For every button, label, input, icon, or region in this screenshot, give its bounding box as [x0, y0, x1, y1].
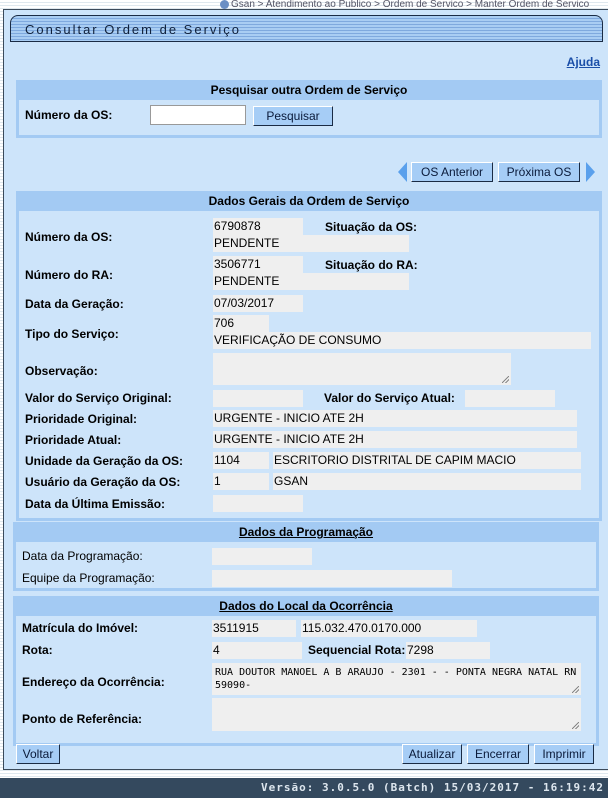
resize-handle[interactable] — [572, 686, 579, 693]
help-link[interactable]: Ajuda — [567, 55, 600, 69]
matricula-label: Matrícula do Imóvel: — [22, 621, 138, 635]
title-bar: Consultar Ordem de Serviço — [10, 15, 603, 42]
situacao-os-label: Situação da OS: — [325, 220, 417, 234]
endereco-textarea[interactable]: RUA DOUTOR MANOEL A B ARAUJO - 2301 - - … — [212, 663, 581, 695]
arrow-right-icon[interactable] — [586, 162, 595, 182]
page-title: Consultar Ordem de Serviço — [25, 22, 241, 37]
situacao-ra-label: Situação do RA: — [325, 258, 418, 272]
atualizar-button[interactable]: Atualizar — [402, 744, 462, 764]
resize-handle[interactable] — [502, 376, 509, 383]
prioridade-original-field: URGENTE - INICIO ATE 2H — [213, 410, 577, 427]
search-os-input[interactable] — [150, 105, 246, 125]
referencia-label: Ponto de Referência: — [22, 712, 142, 726]
tipo-servico-code: 706 — [213, 315, 269, 332]
data-programacao-label: Data da Programação: — [22, 549, 143, 563]
unidade-label: Unidade da Geração da OS: — [25, 454, 183, 468]
rota-field: 4 — [212, 642, 302, 659]
tipo-servico-label: Tipo do Serviço: — [25, 327, 119, 341]
valor-atual-field — [465, 390, 555, 407]
prioridade-atual-label: Prioridade Atual: — [25, 433, 121, 447]
referencia-textarea[interactable] — [212, 698, 581, 731]
local-section: Dados do Local da Ocorrência Matrícula d… — [13, 596, 599, 746]
situacao-ra-field: PENDENTE — [213, 273, 409, 290]
observacao-textarea[interactable] — [213, 353, 511, 385]
help-icon — [220, 0, 229, 9]
next-os-button[interactable]: Próxima OS — [498, 162, 580, 182]
prioridade-original-label: Prioridade Original: — [25, 412, 137, 426]
prioridade-atual-field: URGENTE - INICIO ATE 2H — [213, 431, 577, 448]
section-header: Dados do Local da Ocorrência — [16, 599, 596, 616]
version-footer: Versão: 3.0.5.0 (Batch) 15/03/2017 - 16:… — [0, 778, 608, 798]
situacao-os-field: PENDENTE — [213, 235, 409, 252]
equipe-programacao-field — [212, 570, 452, 587]
unidade-desc: ESCRITORIO DISTRITAL DE CAPIM MACIO — [273, 452, 581, 469]
inscricao-field: 115.032.470.0170.000 — [301, 620, 477, 637]
numero-os-label: Número da OS: — [25, 230, 112, 244]
breadcrumb: Gsan > Atendimento ao Publico > Ordem de… — [220, 0, 608, 9]
search-os-label: Número da OS: — [25, 108, 112, 122]
voltar-button[interactable]: Voltar — [16, 744, 60, 764]
numero-ra-label: Número do RA: — [25, 268, 113, 282]
numero-os-field: 6790878 — [213, 218, 303, 235]
valor-original-field — [213, 390, 303, 407]
search-button[interactable]: Pesquisar — [253, 106, 333, 126]
matricula-field: 3511915 — [212, 620, 296, 637]
usuario-label: Usuário da Geração da OS: — [25, 475, 180, 489]
observacao-label: Observação: — [25, 364, 98, 378]
equipe-programacao-label: Equipe da Programação: — [22, 571, 155, 585]
resize-handle[interactable] — [572, 722, 579, 729]
usuario-code: 1 — [213, 473, 269, 490]
endereco-label: Endereço da Ocorrência: — [22, 675, 165, 689]
ultima-emissao-label: Data da Última Emissão: — [25, 497, 165, 511]
rota-label: Rota: — [22, 643, 53, 657]
tipo-servico-desc: VERIFICAÇÃO DE CONSUMO — [213, 332, 591, 349]
numero-ra-field: 3506771 — [213, 256, 303, 273]
usuario-desc: GSAN — [273, 473, 581, 490]
section-header: Dados Gerais da Ordem de Serviço — [19, 194, 599, 211]
section-header: Pesquisar outra Ordem de Serviço — [19, 83, 599, 100]
search-section: Pesquisar outra Ordem de Serviço Número … — [16, 80, 602, 138]
data-geracao-field: 07/03/2017 — [213, 295, 303, 312]
sequencial-field: 7298 — [406, 642, 490, 659]
arrow-left-icon[interactable] — [398, 162, 407, 182]
sequencial-label: Sequencial Rota: — [308, 643, 405, 657]
general-section: Dados Gerais da Ordem de Serviço Número … — [16, 191, 602, 521]
main-panel: Consultar Ordem de Serviço Ajuda Pesquis… — [3, 9, 608, 770]
unidade-code: 1104 — [213, 452, 269, 469]
valor-original-label: Valor do Serviço Original: — [25, 391, 172, 405]
programacao-section: Dados da Programação Data da Programação… — [13, 522, 599, 591]
ultima-emissao-field — [213, 495, 303, 512]
data-programacao-field — [212, 548, 312, 565]
data-geracao-label: Data da Geração: — [25, 297, 124, 311]
breadcrumb-text: Gsan > Atendimento ao Publico > Ordem de… — [231, 0, 589, 9]
encerrar-button[interactable]: Encerrar — [467, 744, 529, 764]
imprimir-button[interactable]: Imprimir — [534, 744, 594, 764]
valor-atual-label: Valor do Serviço Atual: — [324, 391, 455, 405]
section-header: Dados da Programação — [16, 525, 596, 542]
prev-os-button[interactable]: OS Anterior — [411, 162, 493, 182]
